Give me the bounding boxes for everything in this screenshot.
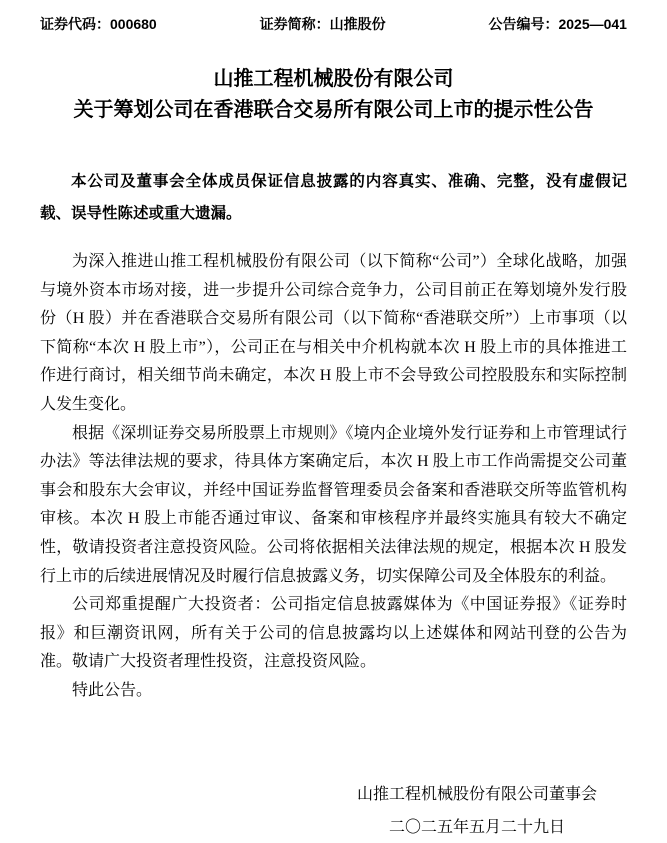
body-paragraph-2: 根据《深圳证券交易所股票上市规则》《境内企业境外发行证券和上市管理试行办法》等法… (40, 420, 627, 592)
stock-short-name: 证券简称：山推股份 (260, 14, 386, 34)
body-paragraph-3: 公司郑重提醒广大投资者：公司指定信息披露媒体为《中国证券报》《证券时报》和巨潮资… (40, 591, 627, 677)
body-paragraph-closing: 特此公告。 (40, 677, 627, 706)
disclaimer-statement: 本公司及董事会全体成员保证信息披露的内容真实、准确、完整，没有虚假记载、误导性陈… (40, 166, 627, 230)
document-title: 山推工程机械股份有限公司 关于筹划公司在香港联合交易所有限公司上市的提示性公告 (40, 64, 627, 126)
announcement-number: 公告编号：2025—041 (488, 14, 627, 34)
title-subject: 关于筹划公司在香港联合交易所有限公司上市的提示性公告 (40, 95, 627, 126)
body-paragraph-1: 为深入推进山推工程机械股份有限公司（以下简称“公司”）全球化战略，加强与境外资本… (40, 248, 627, 420)
stock-code: 证券代码：000680 (40, 14, 157, 34)
document-body: 为深入推进山推工程机械股份有限公司（以下简称“公司”）全球化战略，加强与境外资本… (40, 248, 627, 706)
signature-area: 山推工程机械股份有限公司董事会 二〇二五年五月二十九日 (40, 778, 627, 843)
document-header: 证券代码：000680 证券简称：山推股份 公告编号：2025—041 (40, 12, 627, 34)
signature-date: 二〇二五年五月二十九日 (357, 811, 597, 843)
signature-company: 山推工程机械股份有限公司董事会 (357, 778, 597, 811)
signature-block: 山推工程机械股份有限公司董事会 二〇二五年五月二十九日 (357, 778, 597, 843)
title-company-name: 山推工程机械股份有限公司 (40, 64, 627, 95)
announcement-page: 证券代码：000680 证券简称：山推股份 公告编号：2025—041 山推工程… (0, 0, 667, 843)
